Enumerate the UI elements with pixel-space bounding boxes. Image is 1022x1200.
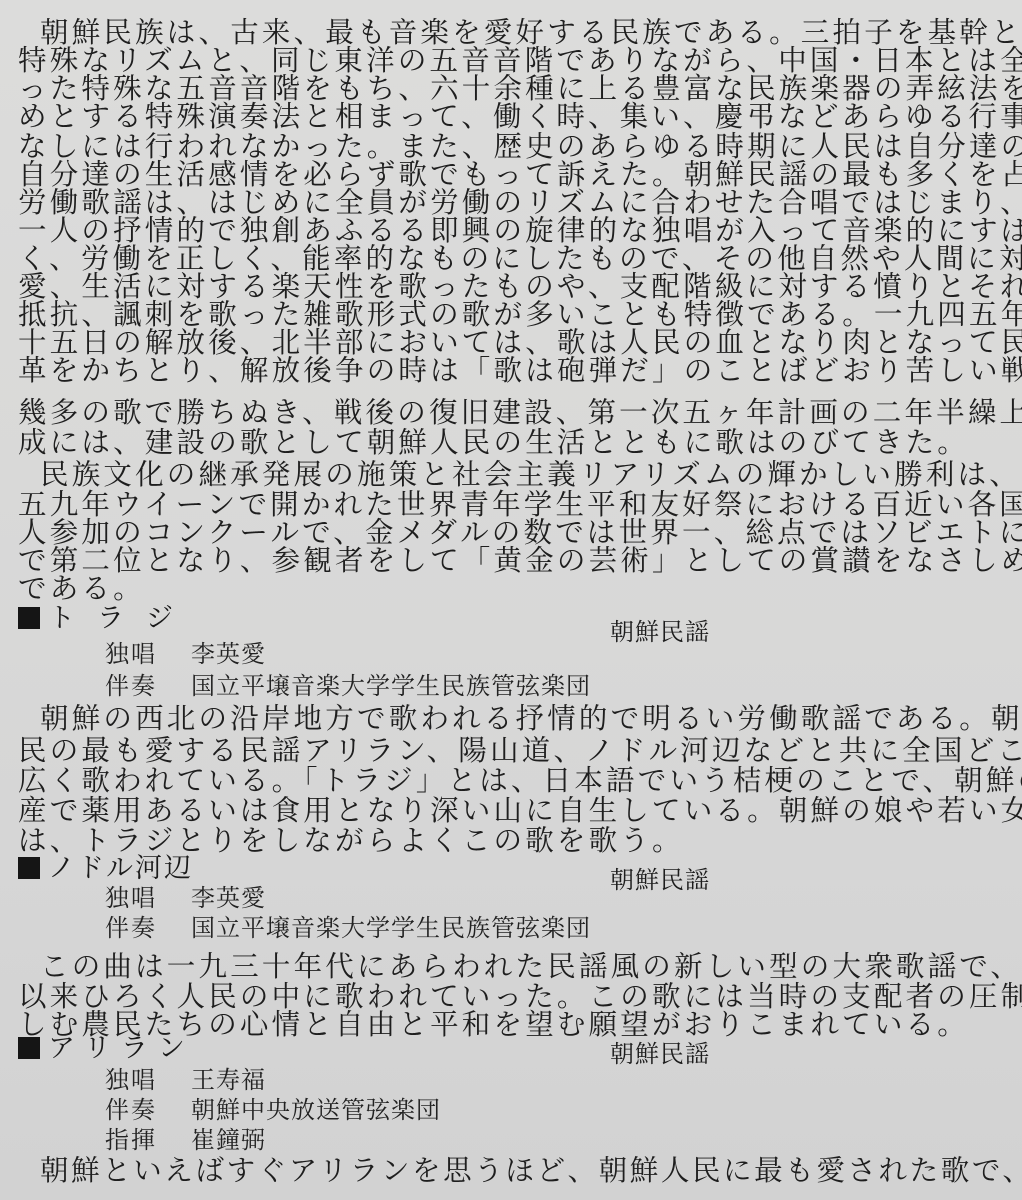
black-square-icon <box>18 857 40 879</box>
song-credit: 独唱王寿福 <box>105 1066 266 1094</box>
song-title: アリラン <box>48 1033 195 1064</box>
song-credit: 伴奏国立平壌音楽大学学生民族管弦楽団 <box>105 672 591 700</box>
song-heading: ノドル河辺 <box>18 854 193 884</box>
intro-line: 幾多の歌で勝ちぬき、戦後の復旧建設、第一次五ヶ年計画の二年半繰上げ完 <box>18 398 998 428</box>
credit-role: 独唱 <box>105 640 191 668</box>
credit-name: 崔鐘弼 <box>191 1126 266 1154</box>
song-genre: 朝鮮民謡 <box>610 866 710 894</box>
intro-line: で第二位となり、参観者をして「黄金の芸術」としての賞讃をなさしめたの <box>18 546 998 576</box>
intro-line: である。 <box>18 574 998 604</box>
document-page: 朝鮮民族は、古来、最も音楽を愛好する民族である。三拍子を基幹とする 特殊なリズム… <box>0 0 1022 1200</box>
intro-line: めとする特殊演奏法と相まって、働く時、集い、慶弔などあらゆる行事は歌 <box>18 102 998 132</box>
song-credit: 独唱李英愛 <box>105 640 266 668</box>
song-description-line: は、トラジとりをしながらよくこの歌を歌う。 <box>18 826 998 856</box>
credit-name: 李英愛 <box>191 640 266 668</box>
song-title: ノドル河辺 <box>48 853 193 884</box>
song-credit: 伴奏国立平壌音楽大学学生民族管弦楽団 <box>105 914 591 942</box>
song-genre: 朝鮮民謡 <box>610 1040 710 1068</box>
credit-name: 国立平壌音楽大学学生民族管弦楽団 <box>191 672 591 700</box>
song-description-line: 民の最も愛する民謡アリラン、陽山道、ノドル河辺などと共に全国どこでも <box>18 736 998 766</box>
credit-role: 伴奏 <box>105 1096 191 1124</box>
credit-name: 王寿福 <box>191 1066 266 1094</box>
credit-role: 指揮 <box>105 1126 191 1154</box>
song-heading: トラジ <box>18 604 195 634</box>
song-credit: 独唱李英愛 <box>105 884 266 912</box>
credit-role: 伴奏 <box>105 672 191 700</box>
song-description-line: 朝鮮といえばすぐアリランを思うほど、朝鮮人民に最も愛された歌で、朝 <box>40 1156 1020 1186</box>
intro-line: 民族文化の継承発展の施策と社会主義リアリズムの輝かしい勝利は、一九 <box>40 460 1020 490</box>
credit-name: 朝鮮中央放送管弦楽団 <box>191 1096 441 1124</box>
credit-role: 独唱 <box>105 884 191 912</box>
credit-role: 独唱 <box>105 1066 191 1094</box>
song-credit: 伴奏朝鮮中央放送管弦楽団 <box>105 1096 441 1124</box>
song-description-line: この曲は一九三十年代にあらわれた民謡風の新しい型の大衆歌謡で、それ <box>40 952 1020 982</box>
credit-name: 李英愛 <box>191 884 266 912</box>
song-credit: 指揮崔鐘弼 <box>105 1126 266 1154</box>
black-square-icon <box>18 1037 40 1059</box>
credit-name: 国立平壌音楽大学学生民族管弦楽団 <box>191 914 591 942</box>
intro-line: 成には、建設の歌として朝鮮人民の生活とともに歌はのびてきた。 <box>18 428 998 458</box>
song-genre: 朝鮮民謡 <box>610 618 710 646</box>
song-description-line: 朝鮮の西北の沿岸地方で歌われる抒情的で明るい労働歌謡である。朝鮮人 <box>40 704 1020 734</box>
black-square-icon <box>18 607 40 629</box>
song-description-line: 広く歌われている。「トラジ」とは、日本語でいう桔梗のことで、朝鮮の特 <box>18 766 998 796</box>
song-heading: アリラン <box>18 1034 195 1064</box>
song-description-line: 産で薬用あるいは食用となり深い山に自生している。朝鮮の娘や若い女たち <box>18 796 998 826</box>
credit-role: 伴奏 <box>105 914 191 942</box>
intro-line: 革をかちとり、解放後争の時は「歌は砲弾だ」のことばどおり苦しい戦いを <box>18 356 998 386</box>
song-title: トラジ <box>48 603 195 634</box>
